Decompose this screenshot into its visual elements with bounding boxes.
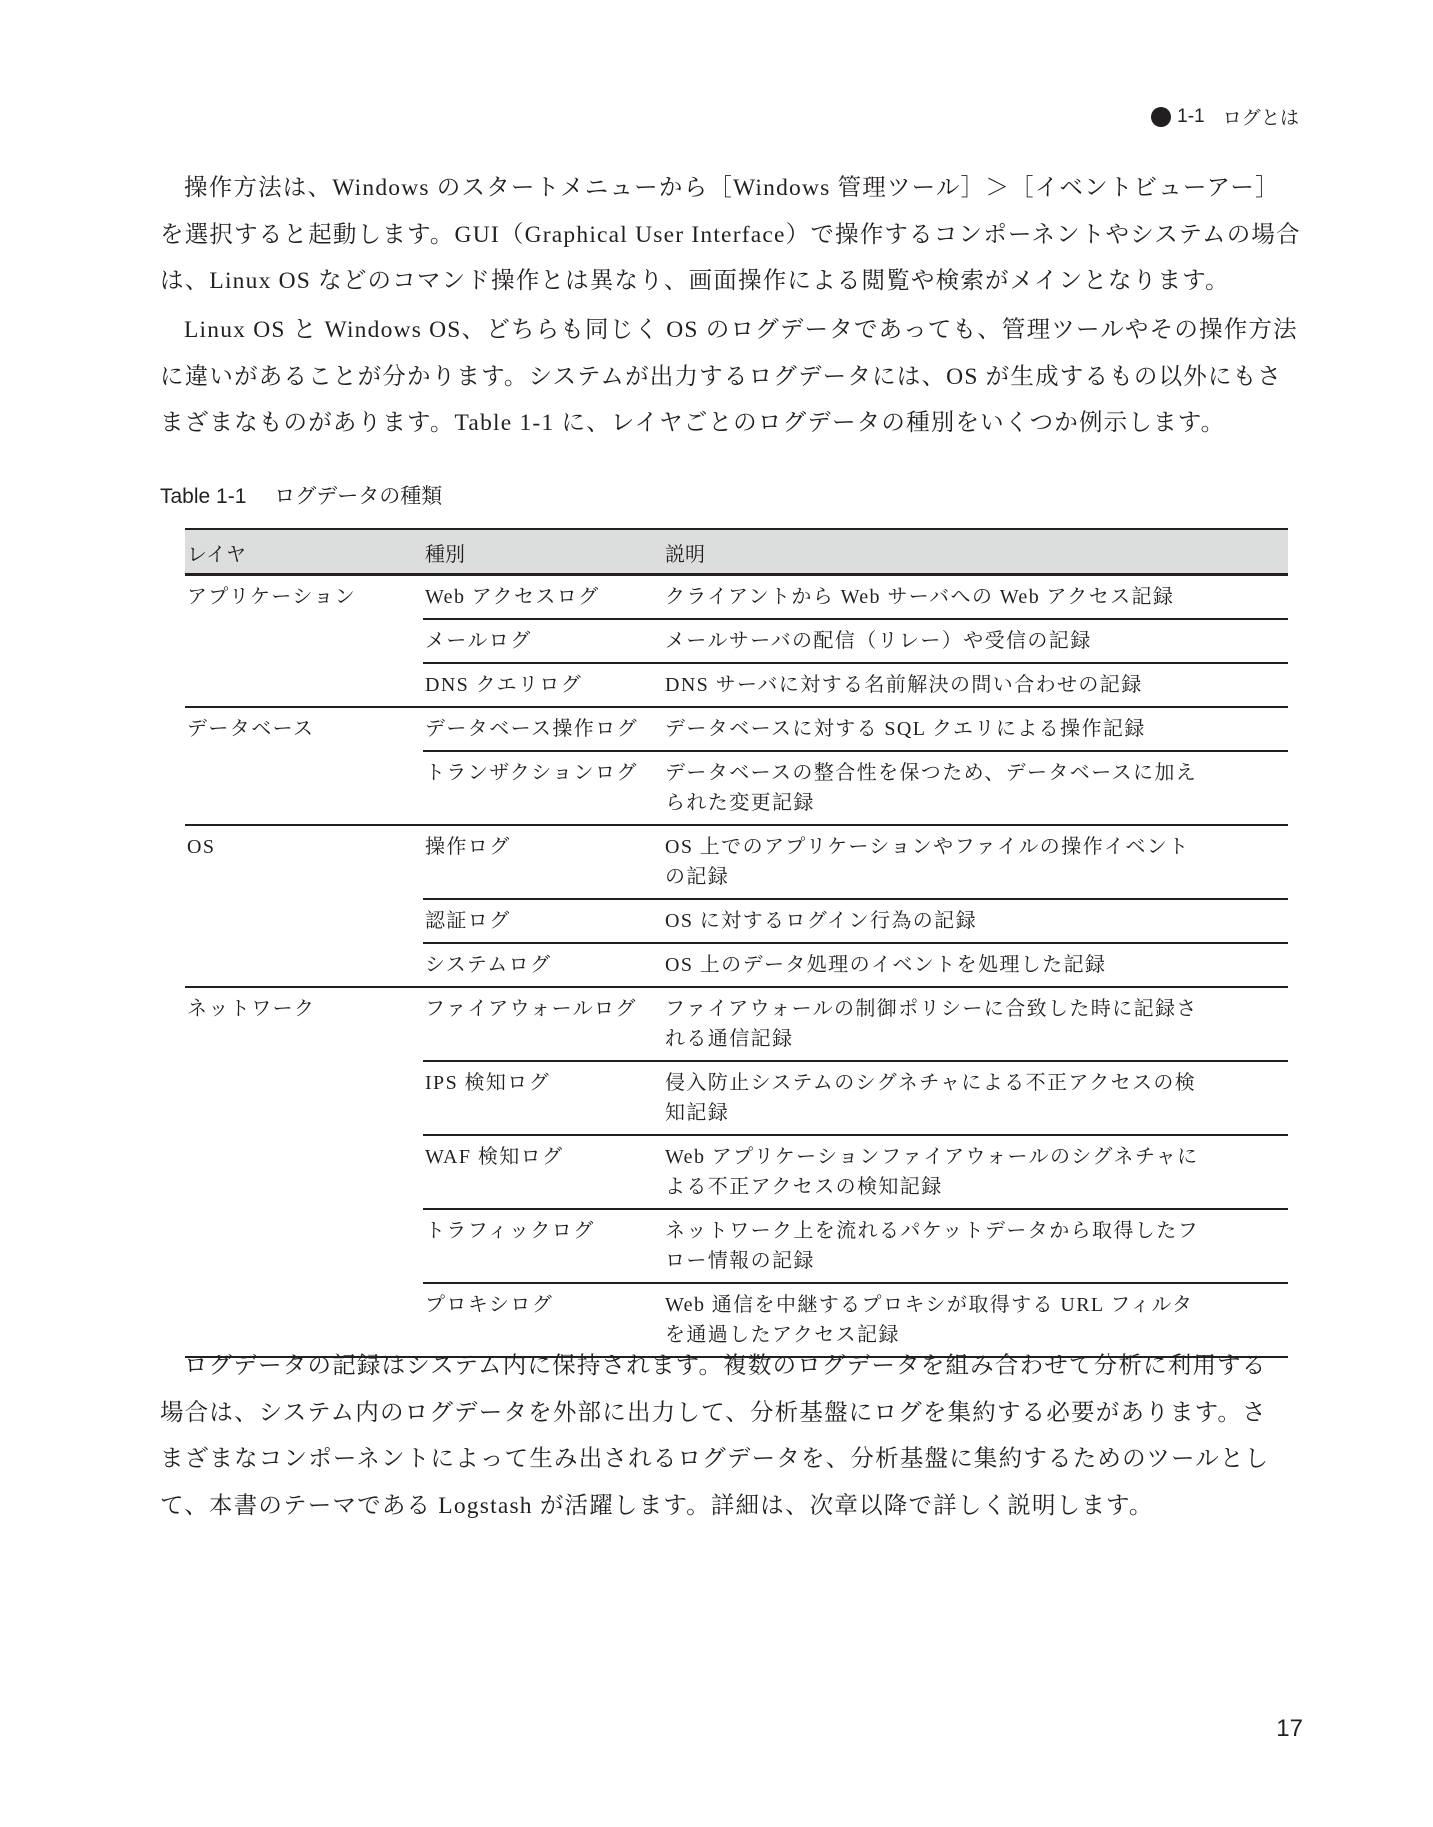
type-cell: データベース操作ログ (423, 707, 663, 751)
description-line: データベースに対する SQL クエリによる操作記録 (665, 718, 1146, 740)
paragraph-2: Linux OS と Windows OS、どちらも同じく OS のログデータで… (160, 307, 1300, 447)
description-cell: クライアントから Web サーバへの Web アクセス記録 (663, 575, 1288, 620)
table-caption-number: Table 1-1 (160, 485, 246, 508)
type-cell: トランザクションログ (423, 751, 663, 825)
description-line: 知記録 (665, 1102, 729, 1124)
type-cell: IPS 検知ログ (423, 1061, 663, 1135)
header-layer: レイヤ (185, 529, 423, 575)
header-type: 種別 (423, 529, 663, 575)
description-line: 侵入防止システムのシグネチャによる不正アクセスの検 (665, 1072, 1196, 1094)
description-cell: データベースに対する SQL クエリによる操作記録 (663, 707, 1288, 751)
layer-cell: アプリケーション (185, 575, 423, 708)
description-line: DNS サーバに対する名前解決の問い合わせの記録 (665, 674, 1143, 696)
paragraph-line: まざまなものがあります。Table 1-1 に、レイヤごとのログデータの種別をい… (160, 400, 1300, 447)
layer-cell: データベース (185, 707, 423, 825)
description-cell: ファイアウォールの制御ポリシーに合致した時に記録される通信記録 (663, 987, 1288, 1061)
type-cell: メールログ (423, 619, 663, 663)
description-line: OS 上でのアプリケーションやファイルの操作イベント (665, 836, 1190, 858)
table-caption-title: ログデータの種類 (274, 485, 442, 508)
description-line: ネットワーク上を流れるパケットデータから取得したフ (665, 1220, 1199, 1242)
description-line: よる不正アクセスの検知記録 (665, 1176, 943, 1198)
type-cell: システムログ (423, 943, 663, 987)
paragraph-line: 場合は、システム内のログデータを外部に出力して、分析基盤にログを集約する必要があ… (160, 1390, 1300, 1437)
type-cell: ファイアウォールログ (423, 987, 663, 1061)
description-line: メールサーバの配信（リレー）や受信の記録 (665, 630, 1092, 652)
description-line: クライアントから Web サーバへの Web アクセス記録 (665, 586, 1174, 608)
paragraph-1: 操作方法は、Windows のスタートメニューから［Windows 管理ツール］… (160, 165, 1300, 305)
type-cell: 認証ログ (423, 899, 663, 943)
description-cell: DNS サーバに対する名前解決の問い合わせの記録 (663, 663, 1288, 707)
layer-cell: ネットワーク (185, 987, 423, 1357)
type-cell: WAF 検知ログ (423, 1135, 663, 1209)
table-row: データベース データベース操作ログ データベースに対する SQL クエリによる操… (185, 707, 1288, 751)
paragraph-line: て、本書のテーマである Logstash が活躍します。詳細は、次章以降で詳しく… (160, 1483, 1300, 1530)
table-row: ネットワーク ファイアウォールログ ファイアウォールの制御ポリシーに合致した時に… (185, 987, 1288, 1061)
description-cell: OS 上でのアプリケーションやファイルの操作イベントの記録 (663, 825, 1288, 899)
description-cell: OS に対するログイン行為の記録 (663, 899, 1288, 943)
description-line: Web 通信を中継するプロキシが取得する URL フィルタ (665, 1294, 1193, 1316)
page-number: 17 (1276, 1715, 1303, 1743)
type-cell: Web アクセスログ (423, 575, 663, 620)
description-cell: メールサーバの配信（リレー）や受信の記録 (663, 619, 1288, 663)
header-description: 説明 (663, 529, 1288, 575)
bullet-icon (1151, 107, 1171, 127)
type-cell: トラフィックログ (423, 1209, 663, 1283)
description-line: ロー情報の記録 (665, 1250, 815, 1272)
description-line: れる通信記録 (665, 1028, 793, 1050)
description-cell: Web アプリケーションファイアウォールのシグネチャによる不正アクセスの検知記録 (663, 1135, 1288, 1209)
section-title: ログとは (1223, 103, 1299, 130)
paragraph-line: 操作方法は、Windows のスタートメニューから［Windows 管理ツール］… (160, 165, 1300, 212)
table-row: OS 操作ログ OS 上でのアプリケーションやファイルの操作イベントの記録 (185, 825, 1288, 899)
paragraph-line: まざまなコンポーネントによって生み出されるログデータを、分析基盤に集約するための… (160, 1436, 1300, 1483)
description-cell: 侵入防止システムのシグネチャによる不正アクセスの検知記録 (663, 1061, 1288, 1135)
description-cell: ネットワーク上を流れるパケットデータから取得したフロー情報の記録 (663, 1209, 1288, 1283)
paragraph-line: Linux OS と Windows OS、どちらも同じく OS のログデータで… (160, 307, 1300, 354)
section-number: 1-1 (1177, 106, 1204, 128)
table-row: アプリケーション Web アクセスログ クライアントから Web サーバへの W… (185, 575, 1288, 620)
description-line: られた変更記録 (665, 792, 815, 814)
description-line: OS 上のデータ処理のイベントを処理した記録 (665, 954, 1106, 976)
paragraph-line: に違いがあることが分かります。システムが出力するログデータには、OS が生成する… (160, 354, 1300, 401)
description-line: ファイアウォールの制御ポリシーに合致した時に記録さ (665, 998, 1198, 1020)
table-caption: Table 1-1 ログデータの種類 (160, 480, 442, 510)
description-line: OS に対するログイン行為の記録 (665, 910, 977, 932)
table-header-row: レイヤ 種別 説明 (185, 529, 1288, 575)
description-line: データベースの整合性を保つため、データベースに加え (665, 762, 1197, 784)
paragraph-3: ログデータの記録はシステム内に保持されます。複数のログデータを組み合わせて分析に… (160, 1343, 1300, 1529)
description-line: Web アプリケーションファイアウォールのシグネチャに (665, 1146, 1199, 1168)
type-cell: DNS クエリログ (423, 663, 663, 707)
running-head: 1-1 ログとは (1151, 103, 1299, 130)
type-cell: 操作ログ (423, 825, 663, 899)
paragraph-line: ログデータの記録はシステム内に保持されます。複数のログデータを組み合わせて分析に… (160, 1343, 1300, 1390)
paragraph-line: を選択すると起動します。GUI（Graphical User Interface… (160, 212, 1300, 259)
log-types-table: レイヤ 種別 説明 アプリケーション Web アクセスログ クライアントから W… (185, 528, 1288, 1358)
layer-cell: OS (185, 825, 423, 987)
paragraph-line: は、Linux OS などのコマンド操作とは異なり、画面操作による閲覧や検索がメ… (160, 258, 1300, 305)
description-line: の記録 (665, 866, 729, 888)
description-cell: OS 上のデータ処理のイベントを処理した記録 (663, 943, 1288, 987)
description-cell: データベースの整合性を保つため、データベースに加えられた変更記録 (663, 751, 1288, 825)
